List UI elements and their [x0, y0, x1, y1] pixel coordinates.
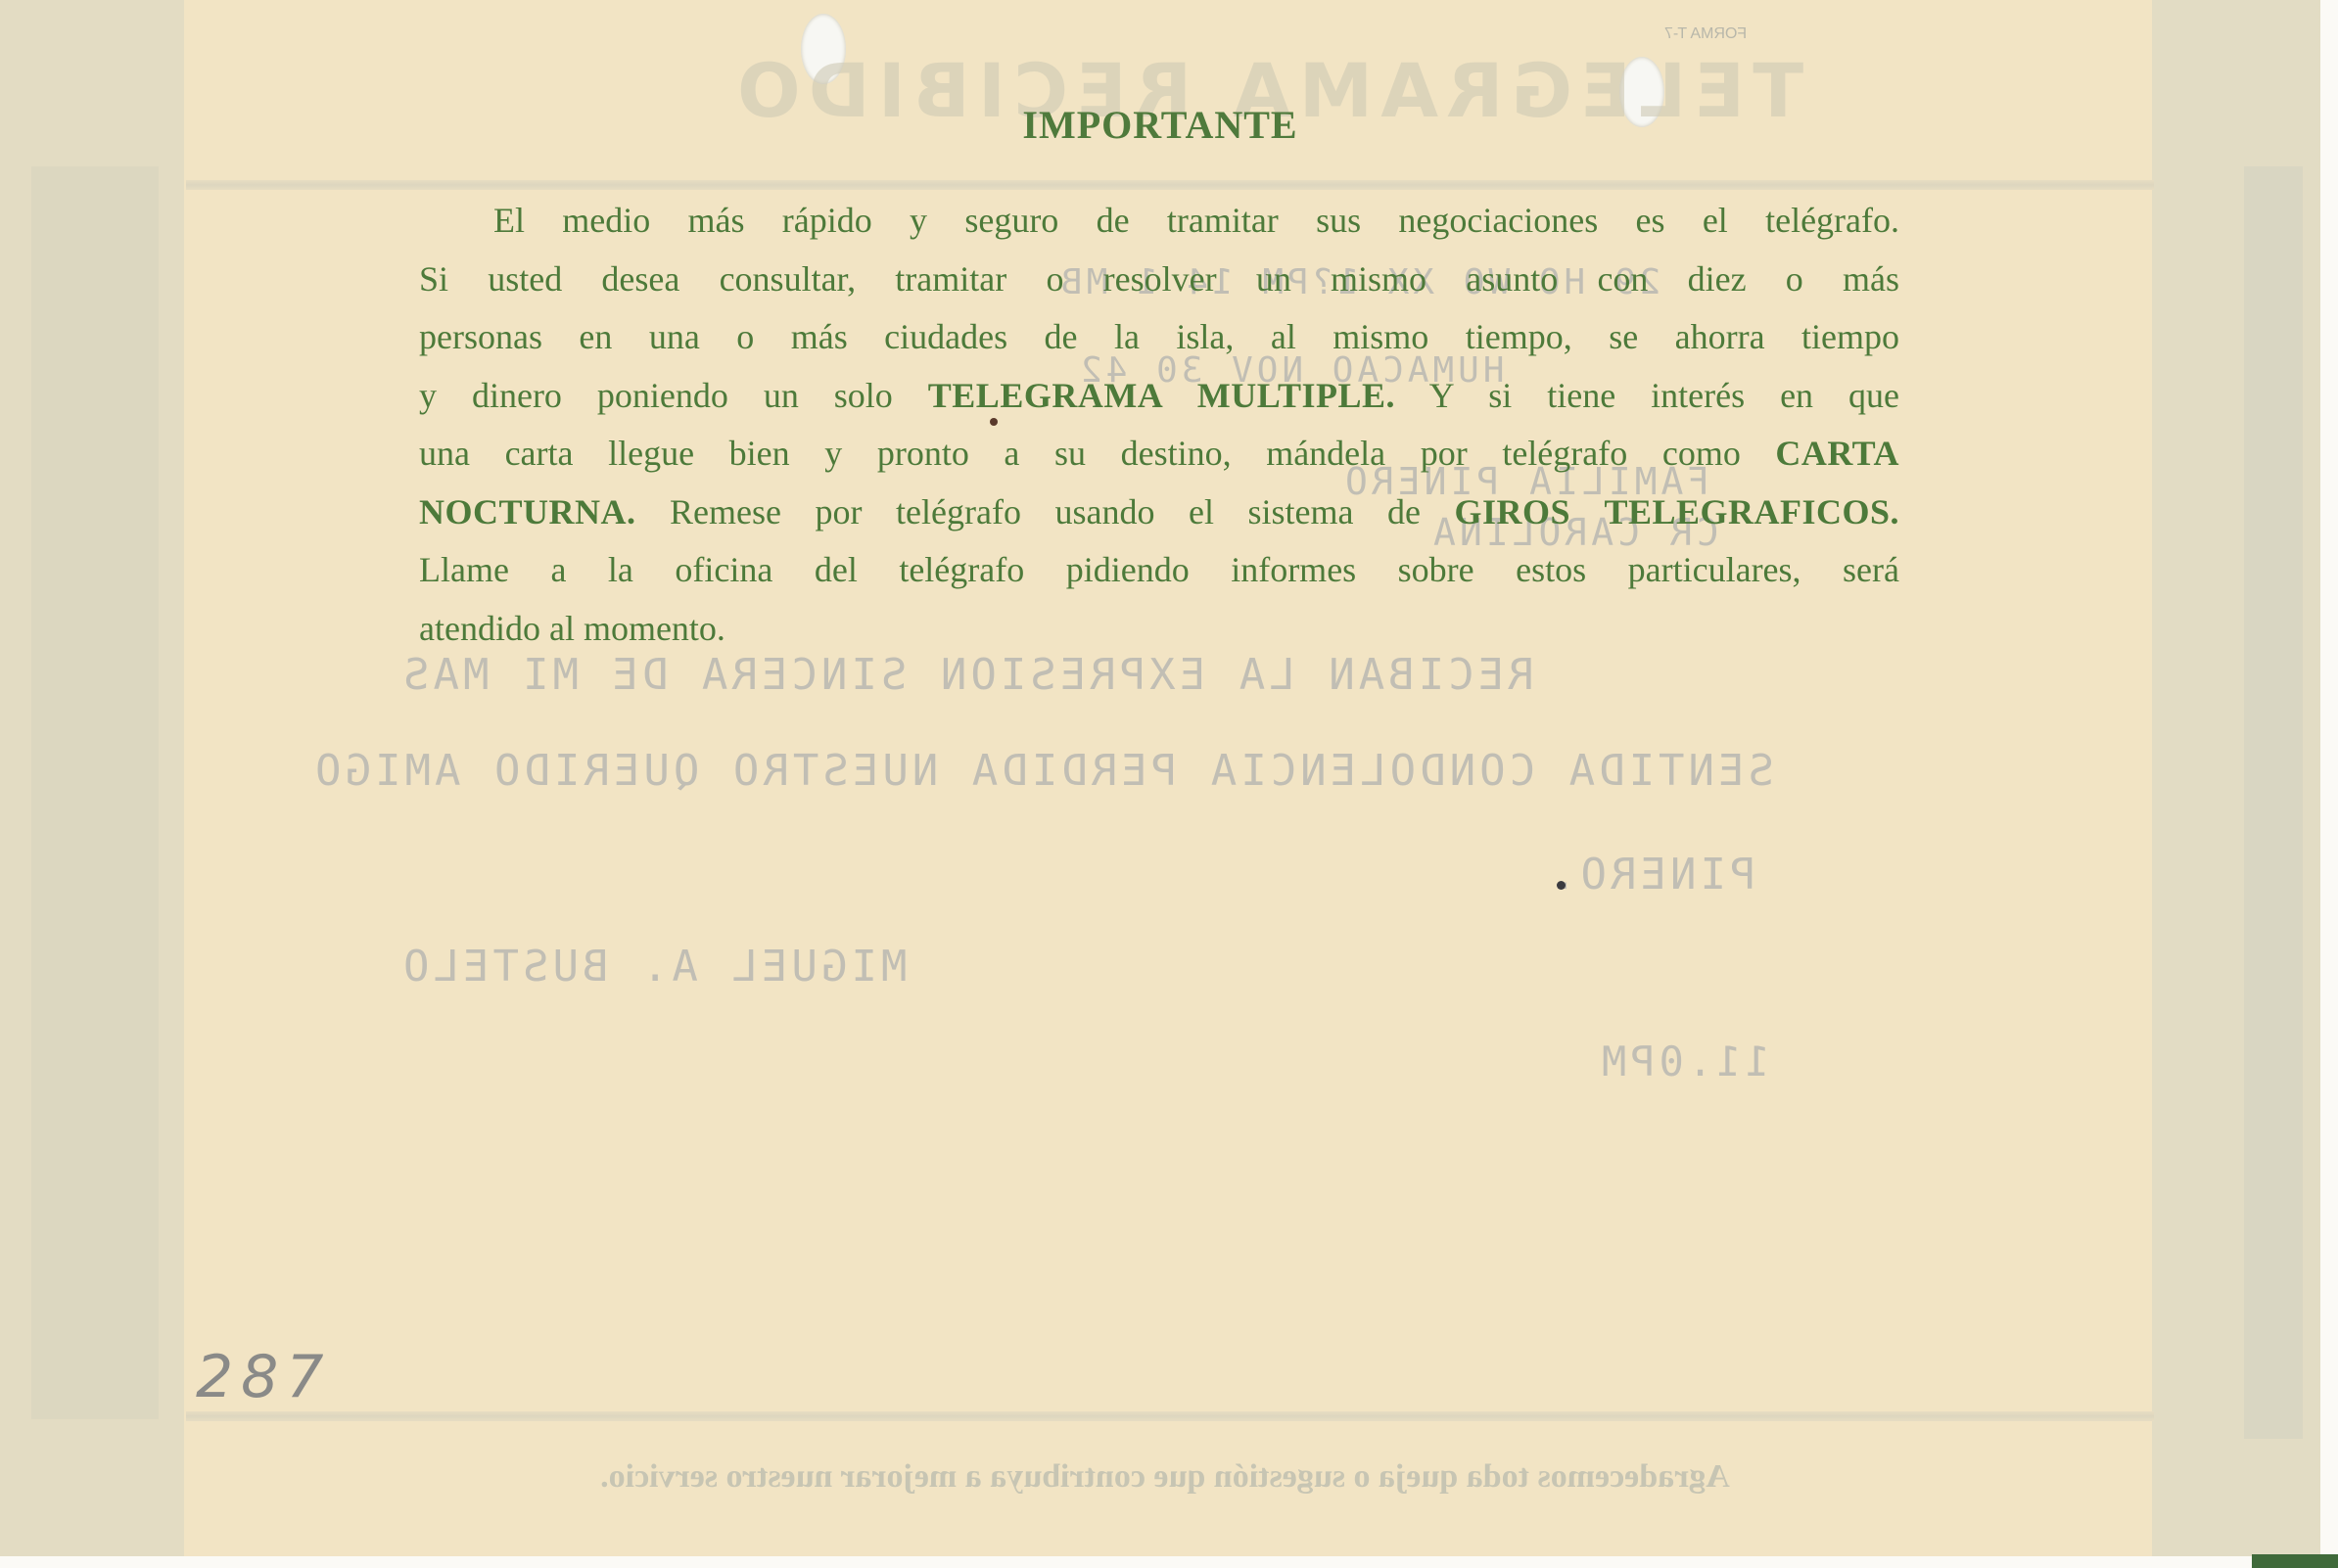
emphasis-nocturna: NOCTURNA. [419, 492, 636, 531]
left-margin-inner-band [31, 166, 159, 1419]
notice-paragraph: El medio más rápido y seguro de tramitar… [419, 192, 1899, 658]
paragraph-line: una carta llegue bien y pronto a su dest… [419, 425, 1899, 484]
paragraph-line: personas en una o más ciudades de la isl… [419, 308, 1899, 367]
ink-speck [990, 418, 998, 426]
right-margin-inner-band [2244, 166, 2303, 1439]
show-through-time: 11.0PM [1598, 1038, 1770, 1085]
scan-edge-right [2320, 0, 2338, 1568]
top-rule-line [186, 180, 2154, 190]
paragraph-line: Llame a la oficina del telégrafo pidiend… [419, 541, 1899, 600]
notice-title: IMPORTANTE [979, 102, 1341, 148]
telegram-card: FORMA T-7 TELEGRAMA RECIBIDO 29 HO WO XX… [0, 0, 2338, 1568]
show-through-message-2: SENTIDA CONDOLENCIA PERDIDA NUESTRO QUER… [311, 746, 1774, 796]
paragraph-line: Si usted desea consultar, tramitar o res… [419, 251, 1899, 309]
handwritten-number: 287 [196, 1343, 332, 1411]
scan-edge-bottom [0, 1556, 2338, 1568]
emphasis-telegrama-multiple: TELEGRAMA MULTIPLE. [928, 376, 1395, 415]
paragraph-line: atendido al momento. [419, 600, 1899, 659]
show-through-signature: MIGUEL A. BUSTELO [399, 942, 907, 992]
show-through-form-number: FORMA T-7 [1664, 25, 1747, 43]
paragraph-line: y dinero poniendo un solo TELEGRAMA MULT… [419, 367, 1899, 426]
green-corner-strip [2252, 1554, 2338, 1568]
emphasis-carta: CARTA [1775, 434, 1899, 473]
emphasis-giros-telegraficos: GIROS TELEGRAFICOS. [1455, 492, 1899, 531]
bottom-rule-line [186, 1411, 2154, 1421]
paragraph-line: El medio más rápido y seguro de tramitar… [419, 192, 1899, 251]
ink-speck [1557, 881, 1566, 890]
show-through-footer: Agradecemos toda queja o sugestión que c… [382, 1458, 1948, 1496]
show-through-message-3: PINERO. [1547, 850, 1755, 899]
paragraph-line: NOCTURNA. Remese por telégrafo usando el… [419, 484, 1899, 542]
